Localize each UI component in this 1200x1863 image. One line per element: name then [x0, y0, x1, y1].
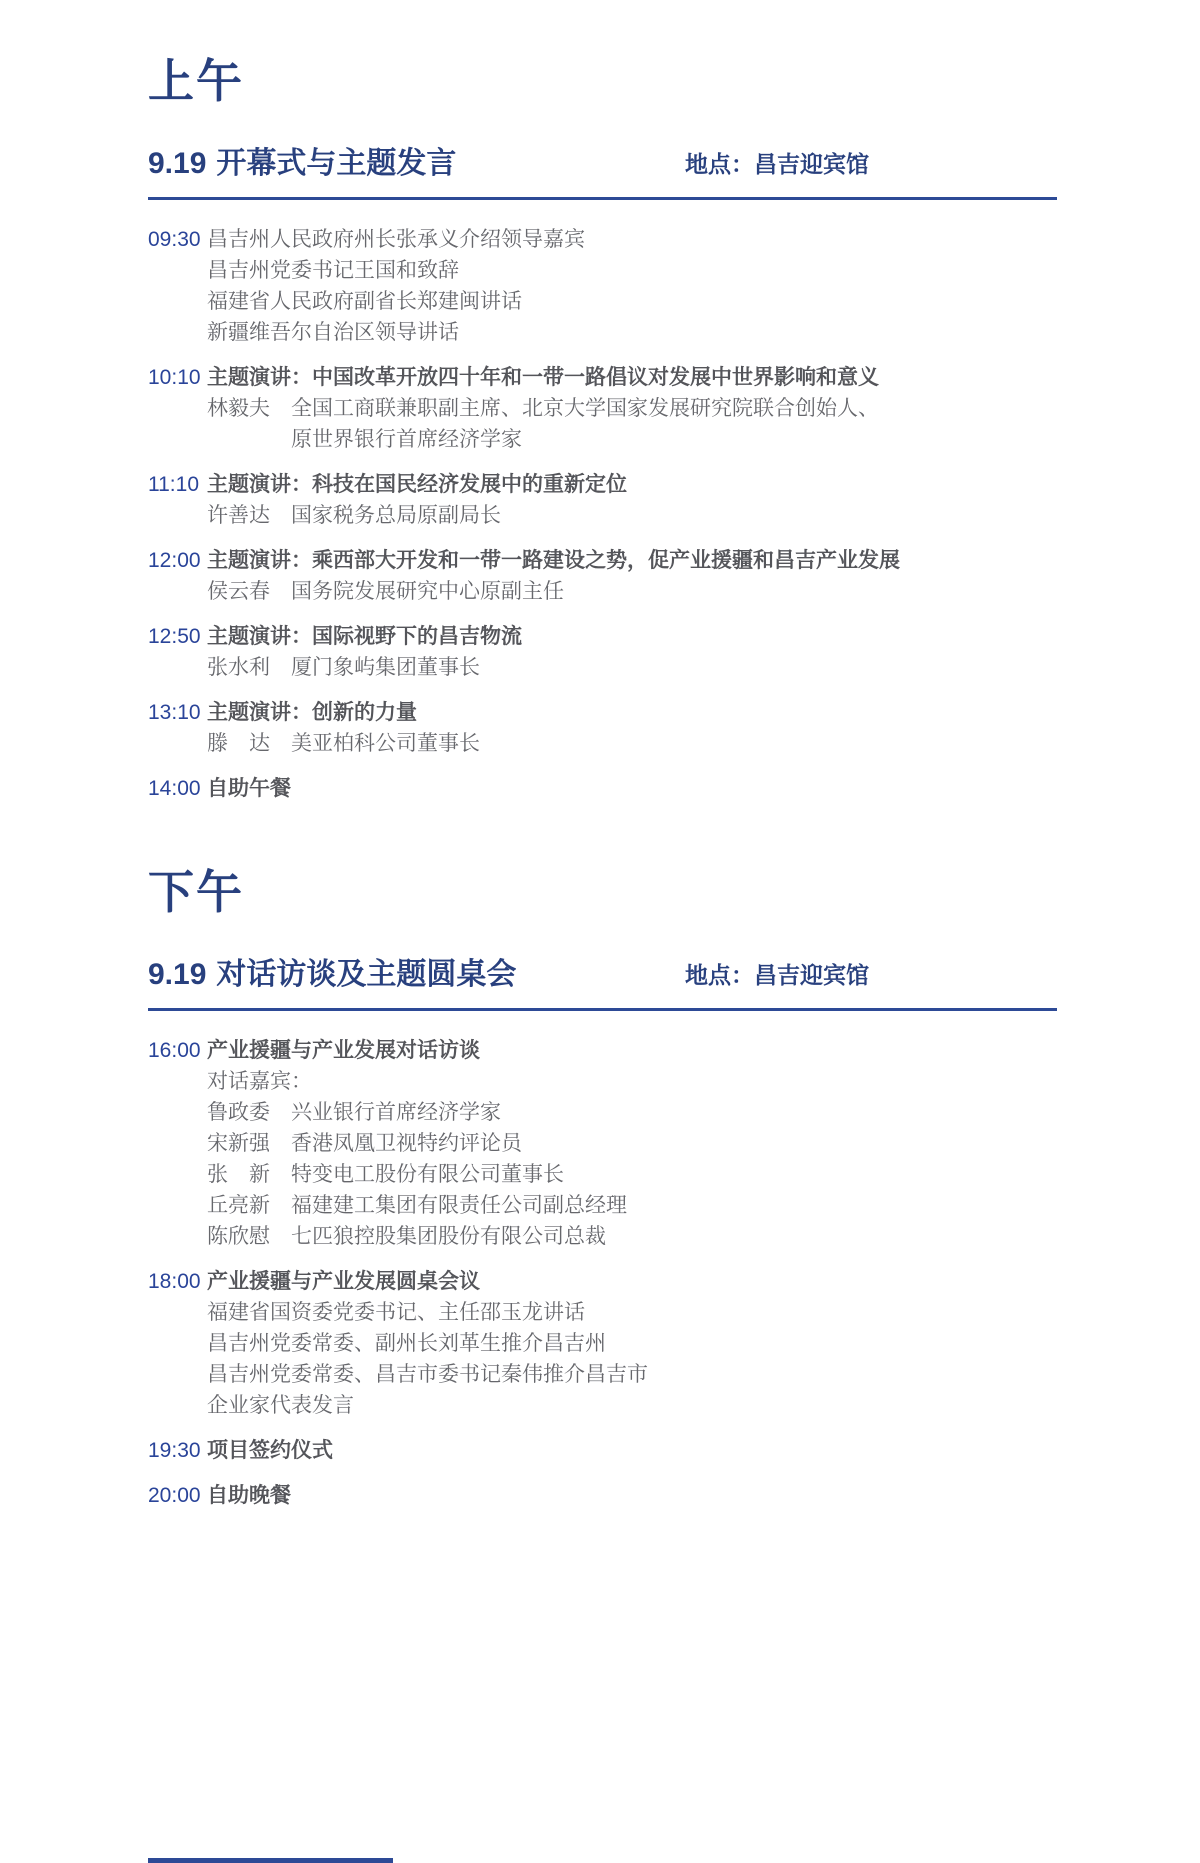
- session-title-text: 开幕式与主题发言: [216, 147, 456, 180]
- event-row: 14:00 自助午餐: [148, 773, 1057, 804]
- event-time: 12:50: [148, 621, 207, 683]
- divider-line: [148, 1008, 1057, 1011]
- event-row: 13:10 主题演讲：创新的力量滕 达 美亚柏科公司董事长: [148, 697, 1057, 759]
- event-line: 昌吉州党委常委、副州长刘革生推介昌吉州: [207, 1328, 1057, 1359]
- event-line: 对话嘉宾：: [207, 1066, 1057, 1097]
- event-line: 自助晚餐: [207, 1480, 1057, 1511]
- session-date: 9.19: [148, 147, 206, 180]
- event-line: 产业援疆与产业发展圆桌会议: [207, 1266, 1057, 1297]
- session: 上午 9.19开幕式与主题发言 地点：昌吉迎宾馆 09:30 昌吉州人民政府州长…: [148, 55, 1057, 804]
- event-lines: 自助午餐: [207, 773, 1057, 804]
- event-row: 11:10 主题演讲：科技在国民经济发展中的重新定位许善达 国家税务总局原副局长: [148, 469, 1057, 531]
- event-row: 09:30 昌吉州人民政府州长张承义介绍领导嘉宾昌吉州党委书记王国和致辞福建省人…: [148, 224, 1057, 348]
- session-title: 9.19对话访谈及主题圆桌会: [148, 956, 1057, 994]
- event-line: 鲁政委 兴业银行首席经济学家: [207, 1097, 1057, 1128]
- event-line: 自助午餐: [207, 773, 1057, 804]
- event-line: 新疆维吾尔自治区领导讲话: [207, 317, 1057, 348]
- event-row: 10:10 主题演讲：中国改革开放四十年和一带一路倡议对发展中世界影响和意义林毅…: [148, 362, 1057, 455]
- session-location: 地点：昌吉迎宾馆: [685, 146, 869, 179]
- event-line: 企业家代表发言: [207, 1390, 1057, 1421]
- event-time: 19:30: [148, 1435, 207, 1466]
- event-row: 18:00 产业援疆与产业发展圆桌会议福建省国资委党委书记、主任邵玉龙讲话昌吉州…: [148, 1266, 1057, 1421]
- event-lines: 产业援疆与产业发展圆桌会议福建省国资委党委书记、主任邵玉龙讲话昌吉州党委常委、副…: [207, 1266, 1057, 1421]
- divider-line: [148, 197, 1057, 200]
- session-location: 地点：昌吉迎宾馆: [685, 957, 869, 990]
- event-line: 宋新强 香港凤凰卫视特约评论员: [207, 1128, 1057, 1159]
- event-time: 14:00: [148, 773, 207, 804]
- session: 下午 9.19对话访谈及主题圆桌会 地点：昌吉迎宾馆 16:00 产业援疆与产业…: [148, 866, 1057, 1511]
- session-date: 9.19: [148, 958, 206, 991]
- event-line: 主题演讲：科技在国民经济发展中的重新定位: [207, 469, 1057, 500]
- event-line: 主题演讲：中国改革开放四十年和一带一路倡议对发展中世界影响和意义: [207, 362, 1057, 393]
- event-time: 11:10: [148, 469, 207, 531]
- session-title-text: 对话访谈及主题圆桌会: [216, 958, 516, 991]
- period-heading: 下午: [148, 866, 1057, 918]
- event-row: 12:50 主题演讲：国际视野下的昌吉物流张水利 厦门象屿集团董事长: [148, 621, 1057, 683]
- event-line: 丘亮新 福建建工集团有限责任公司副总经理: [207, 1190, 1057, 1221]
- event-time: 16:00: [148, 1035, 207, 1252]
- event-list: 09:30 昌吉州人民政府州长张承义介绍领导嘉宾昌吉州党委书记王国和致辞福建省人…: [148, 224, 1057, 804]
- event-time: 18:00: [148, 1266, 207, 1421]
- agenda-page: 上午 9.19开幕式与主题发言 地点：昌吉迎宾馆 09:30 昌吉州人民政府州长…: [0, 0, 1200, 1863]
- event-line: 主题演讲：乘西部大开发和一带一路建设之势，促产业援疆和昌吉产业发展: [207, 545, 1057, 576]
- event-time: 20:00: [148, 1480, 207, 1511]
- event-line: 原世界银行首席经济学家: [207, 424, 1057, 455]
- event-line: 主题演讲：创新的力量: [207, 697, 1057, 728]
- event-line: 昌吉州党委书记王国和致辞: [207, 255, 1057, 286]
- event-line: 福建省人民政府副省长郑建闽讲话: [207, 286, 1057, 317]
- event-lines: 产业援疆与产业发展对话访谈对话嘉宾：鲁政委 兴业银行首席经济学家宋新强 香港凤凰…: [207, 1035, 1057, 1252]
- event-line: 侯云春 国务院发展研究中心原副主任: [207, 576, 1057, 607]
- event-lines: 主题演讲：乘西部大开发和一带一路建设之势，促产业援疆和昌吉产业发展侯云春 国务院…: [207, 545, 1057, 607]
- event-row: 16:00 产业援疆与产业发展对话访谈对话嘉宾：鲁政委 兴业银行首席经济学家宋新…: [148, 1035, 1057, 1252]
- session-header: 9.19对话访谈及主题圆桌会 地点：昌吉迎宾馆: [148, 956, 1057, 994]
- event-lines: 主题演讲：中国改革开放四十年和一带一路倡议对发展中世界影响和意义林毅夫 全国工商…: [207, 362, 1057, 455]
- event-line: 昌吉州人民政府州长张承义介绍领导嘉宾: [207, 224, 1057, 255]
- event-line: 陈欣慰 七匹狼控股集团股份有限公司总裁: [207, 1221, 1057, 1252]
- event-line: 林毅夫 全国工商联兼职副主席、北京大学国家发展研究院联合创始人、: [207, 393, 1057, 424]
- event-row: 19:30 项目签约仪式: [148, 1435, 1057, 1466]
- event-line: 张水利 厦门象屿集团董事长: [207, 652, 1057, 683]
- bottom-divider-line: [148, 1858, 393, 1863]
- event-line: 项目签约仪式: [207, 1435, 1057, 1466]
- event-line: 昌吉州党委常委、昌吉市委书记秦伟推介昌吉市: [207, 1359, 1057, 1390]
- event-time: 09:30: [148, 224, 207, 348]
- event-lines: 自助晚餐: [207, 1480, 1057, 1511]
- event-line: 滕 达 美亚柏科公司董事长: [207, 728, 1057, 759]
- session-header: 9.19开幕式与主题发言 地点：昌吉迎宾馆: [148, 145, 1057, 183]
- event-row: 20:00 自助晚餐: [148, 1480, 1057, 1511]
- event-lines: 昌吉州人民政府州长张承义介绍领导嘉宾昌吉州党委书记王国和致辞福建省人民政府副省长…: [207, 224, 1057, 348]
- event-row: 12:00 主题演讲：乘西部大开发和一带一路建设之势，促产业援疆和昌吉产业发展侯…: [148, 545, 1057, 607]
- event-list: 16:00 产业援疆与产业发展对话访谈对话嘉宾：鲁政委 兴业银行首席经济学家宋新…: [148, 1035, 1057, 1511]
- event-lines: 主题演讲：国际视野下的昌吉物流张水利 厦门象屿集团董事长: [207, 621, 1057, 683]
- event-time: 13:10: [148, 697, 207, 759]
- event-line: 福建省国资委党委书记、主任邵玉龙讲话: [207, 1297, 1057, 1328]
- event-lines: 主题演讲：创新的力量滕 达 美亚柏科公司董事长: [207, 697, 1057, 759]
- period-heading: 上午: [148, 55, 1057, 107]
- event-lines: 主题演讲：科技在国民经济发展中的重新定位许善达 国家税务总局原副局长: [207, 469, 1057, 531]
- session-title: 9.19开幕式与主题发言: [148, 145, 1057, 183]
- event-line: 张 新 特变电工股份有限公司董事长: [207, 1159, 1057, 1190]
- event-lines: 项目签约仪式: [207, 1435, 1057, 1466]
- event-time: 10:10: [148, 362, 207, 455]
- event-line: 主题演讲：国际视野下的昌吉物流: [207, 621, 1057, 652]
- event-line: 许善达 国家税务总局原副局长: [207, 500, 1057, 531]
- event-line: 产业援疆与产业发展对话访谈: [207, 1035, 1057, 1066]
- event-time: 12:00: [148, 545, 207, 607]
